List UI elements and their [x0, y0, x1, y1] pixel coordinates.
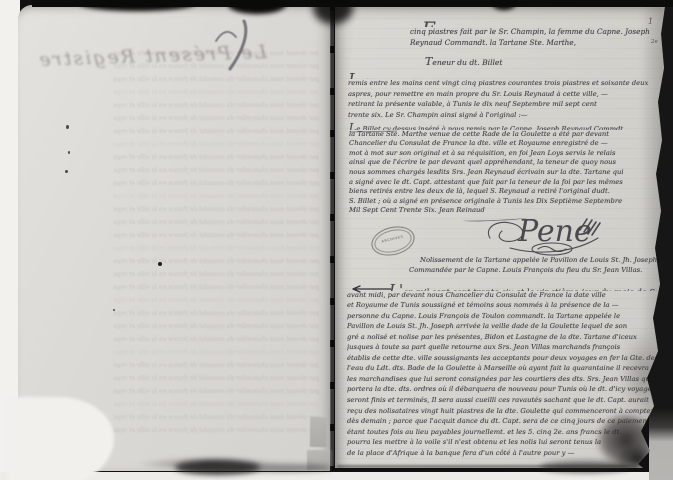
bleedthrough-line: par devant nous chancelier du consulat d… — [113, 401, 319, 414]
bleedthrough-line: par devant nous chancelier du consulat d… — [113, 154, 319, 167]
bleedthrough-line: par devant nous chancelier du consulat d… — [113, 258, 319, 271]
manuscript-line: Le Billet cy dessus inséré à nous remis … — [349, 120, 655, 130]
bleedthrough-line: par devant nous chancelier du consulat d… — [113, 193, 319, 206]
manuscript-line: S. Billet ; où a signé en présence origi… — [349, 197, 655, 207]
ink-speck — [65, 170, 68, 173]
manuscript-line: et Royaume de Tunis soussigné et témoins… — [347, 301, 657, 312]
page-corner-wear — [8, 397, 114, 480]
entry-billet-paragraph: Le Billet cy dessus inséré à nous remis … — [349, 120, 655, 216]
bleedthrough-line: par devant nous chancelier du consulat d… — [113, 89, 319, 102]
manuscript-line: portera la dte. dts. ordres où il débarq… — [347, 385, 657, 396]
bleedthrough-text-block: par devant nous chancelier du consulat d… — [113, 50, 319, 448]
bleedthrough-line: par devant nous chancelier du consulat d… — [113, 63, 319, 76]
bleedthrough-line: par devant nous chancelier du consulat d… — [113, 141, 319, 154]
manuscript-line: de la place d'Afrique à la banque fera d… — [347, 449, 657, 460]
bleedthrough-line: par devant nous chancelier du consulat d… — [113, 414, 319, 427]
manuscript-line: Commandée par le Capne. Louis François d… — [409, 266, 657, 276]
bleedthrough-line: par devant nous chancelier du consulat d… — [113, 50, 319, 63]
manuscript-line: cinq piastres fait par le Sr. Champin, l… — [410, 27, 658, 38]
manuscript-line: aspres, pour remettre en main propre du … — [348, 90, 655, 100]
bleedthrough-line: par devant nous chancelier du consulat d… — [113, 323, 319, 336]
manuscript-line: Je déclare que le Capne. Joseph Reynaud … — [348, 69, 655, 79]
entry-nolissement-paragraph: L'an mil sept cent trente six et le ving… — [347, 280, 657, 459]
manuscript-line: pourra les mettre à la voile s'il n'est … — [347, 438, 657, 449]
manuscript-line: ainsi que de l'écrire le par devant quel… — [349, 158, 655, 168]
manuscript-line: a signé avec le dt. Capt. attestant que … — [349, 178, 655, 188]
manuscript-line: Chancelier du Consulat de France la dte.… — [349, 139, 655, 149]
bleedthrough-line: par devant nous chancelier du consulat d… — [113, 284, 319, 297]
folio-number-sub: 2e — [651, 39, 658, 45]
manuscript-line: reçu des nolisataires vingt huit piastre… — [347, 407, 657, 418]
bleedthrough-line: par devant nous chancelier du consulat d… — [113, 219, 319, 232]
scanner-bottom-margin — [0, 472, 673, 480]
manuscript-line: remis entre les mains cent vingt cinq pi… — [348, 79, 655, 89]
entry-registration-heading: Enregistrement d'un Billet de la Somme d… — [410, 16, 658, 49]
manuscript-line: les marchandises que lui seront consigné… — [347, 375, 657, 386]
ink-speck — [158, 262, 162, 266]
bleedthrough-line: par devant nous chancelier du consulat d… — [113, 115, 319, 128]
manuscript-line: Pavillon de Louis St. Jh. Joseph arrivée… — [347, 322, 657, 333]
bleedthrough-line: par devant nous chancelier du consulat d… — [113, 180, 319, 193]
binding-gutter — [330, 4, 334, 471]
manuscript-line: Nolissement de la Tartane appelée le Pav… — [409, 256, 657, 266]
entry-nolissement-heading: Nolissement de la Tartane appelée le Pav… — [409, 256, 657, 276]
bleedthrough-line: par devant nous chancelier du consulat d… — [113, 349, 319, 362]
manuscript-line: nous sommes chargés lesdits Srs. Jean Re… — [349, 168, 655, 178]
archive-stamp: ARCHIVES — [368, 222, 417, 260]
manuscript-line: personne du Capne. Louis François de Tou… — [347, 312, 657, 323]
manuscript-line: l'eau du Ldt. dts. Bade de la Goulette à… — [347, 364, 657, 375]
folio-number-main: 1 — [648, 17, 653, 26]
left-page: Le Présent Registre par devant nous chan… — [18, 5, 331, 471]
ink-speck — [66, 125, 69, 129]
entry-declaration-paragraph: Je déclare que le Capne. Joseph Reynaud … — [348, 69, 655, 121]
manuscript-line: mot à mot sur son original et à sa réqui… — [349, 149, 655, 159]
manuscript-line: gré a nolisé et nolise par les présentes… — [347, 333, 657, 344]
bleedthrough-line: par devant nous chancelier du consulat d… — [113, 232, 319, 245]
grand-signature-name: Pene — [517, 214, 592, 249]
manuscript-line: seront finis et terminés, Il sera aussi … — [347, 396, 657, 407]
manuscript-line: dès demain ; parce que l'acquit dance du… — [347, 417, 657, 428]
repair-patch — [310, 417, 328, 447]
bleedthrough-line: par devant nous chancelier du consulat d… — [113, 245, 319, 258]
folio-number: 1 2e — [648, 9, 658, 47]
ink-speck — [68, 151, 70, 154]
bleedthrough-line: par devant nous chancelier du consulat d… — [113, 336, 319, 349]
manuscript-line: L'an mil sept cent trente six et le ving… — [347, 280, 657, 291]
bleedthrough-line: par devant nous chancelier du consulat d… — [113, 427, 319, 440]
bleedthrough-line: par devant nous chancelier du consulat d… — [113, 297, 319, 310]
bleedthrough-line: par devant nous chancelier du consulat d… — [113, 128, 319, 141]
bottom-edge-smudge — [232, 464, 332, 472]
archive-stamp-label: ARCHIVES — [372, 232, 414, 246]
manuscript-line: Reynaud Commandt. la Tartane Ste. Marthe… — [410, 38, 658, 49]
bleedthrough-line: par devant nous chancelier du consulat d… — [113, 388, 319, 401]
bleedthrough-line: par devant nous chancelier du consulat d… — [113, 310, 319, 323]
bottom-edge-smudge — [540, 461, 630, 473]
bleedthrough-line: par devant nous chancelier du consulat d… — [113, 271, 319, 284]
manuscript-line: biens retirés entre les deux de là, lequ… — [349, 187, 655, 197]
manuscript-line: étant toutes fois au lieu payables journ… — [347, 428, 657, 439]
grand-signature-flourish: Pene — [480, 208, 610, 256]
bleedthrough-line: par devant nous chancelier du consulat d… — [113, 76, 319, 89]
manuscript-line: jusques à toute sa part quelle retourne … — [347, 343, 657, 354]
bleedthrough-line: par devant nous chancelier du consulat d… — [113, 375, 319, 388]
manuscript-line: établis de cette dte. ville soussignants… — [347, 354, 657, 365]
manuscript-scan: Le Présent Registre par devant nous chan… — [0, 0, 673, 480]
right-page: 1 2e Enregistrement d'un Billet de la So… — [335, 6, 665, 468]
manuscript-line: retirant la présente valable, à Tunis le… — [348, 100, 655, 110]
bleedthrough-line: par devant nous chancelier du consulat d… — [113, 167, 319, 180]
bleedthrough-line: par devant nous chancelier du consulat d… — [113, 206, 319, 219]
bleedthrough-line: par devant nous chancelier du consulat d… — [113, 362, 319, 375]
ink-speck — [113, 309, 115, 311]
manuscript-line: Teneur du dt. Billet — [425, 54, 565, 69]
bleedthrough-line: par devant nous chancelier du consulat d… — [113, 102, 319, 115]
entry-teneur-subheading: Teneur du dt. Billet — [425, 54, 565, 69]
manuscript-line: Enregistrement d'un Billet de la Somme d… — [410, 16, 658, 27]
manuscript-line: avant midi, par devant nous Chancelier d… — [347, 291, 657, 302]
